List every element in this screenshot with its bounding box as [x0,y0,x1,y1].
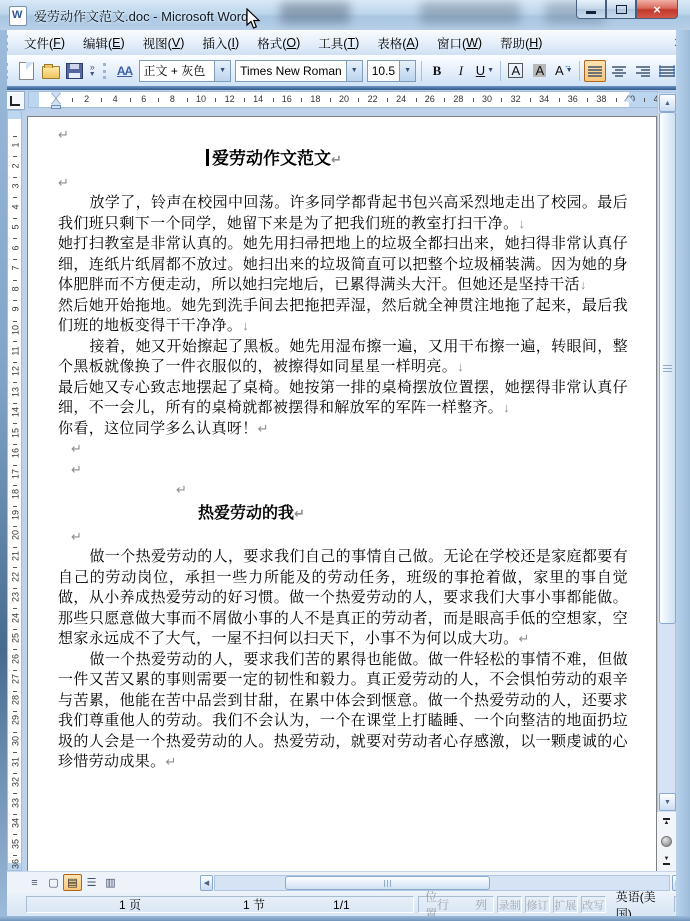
ruler-tick [13,485,17,486]
ruler-tick [13,197,17,198]
ruler-number: 7 [11,262,21,275]
character-shading-button[interactable]: A [529,60,551,82]
italic-icon: I [459,63,463,79]
paragraph-mark-line[interactable]: ↵ [58,527,628,548]
line-break-icon: ↓ [580,277,587,292]
ruler-number: 13 [11,385,21,398]
center-button[interactable] [608,60,630,82]
ruler-number: 4 [106,94,124,104]
style-combobox[interactable]: 正文 + 灰色 ▼ [139,60,232,82]
select-browse-object-button[interactable] [659,834,674,849]
ruler-number: 33 [11,796,21,809]
line-break-icon: ↓ [457,359,464,374]
scroll-down-button[interactable]: ▼ [659,793,676,811]
ruler-tick [13,629,17,630]
ruler-tick [13,567,17,568]
section-number: 1 节 [243,896,265,913]
document-content[interactable]: ↵爱劳动作文范文↵↵放学了，铃声在校园中回荡。许多同学都背起书包兴高采烈地走出了… [28,117,656,773]
ruler-tick [273,98,274,102]
ruler-tick [187,98,188,102]
ruler-tick [13,362,17,363]
ruler-number: 26 [11,652,21,665]
character-scaling-button[interactable]: A↔▼ [553,60,575,82]
horizontal-scrollbar-thumb[interactable] [285,876,490,890]
ruler-tick [13,465,17,466]
doc-paragraph-text: 做一个热爱劳动的人，要求我们自己的事情自己做。无论在学校还是家庭都要有自己的劳动… [58,548,628,647]
ruler-number: 22 [11,570,21,583]
style-value: 正文 + 灰色 [140,62,215,79]
paragraph-mark-line[interactable]: ↵ [58,173,628,194]
ruler-tick [387,98,388,102]
doc-paragraph-text: 做一个热爱劳动的人，要求我们苦的累得也能做。做一件轻松的事情不难，但做一件又苦又… [58,651,628,771]
menu-item-5[interactable]: 工具(T) [309,30,368,55]
ruler-number: 2 [78,94,96,104]
cursor-position-box: 位置 行 列 [418,896,494,913]
tab-stop-selector[interactable] [4,91,25,110]
ruler-number: 1 [11,139,21,152]
menu-item-7[interactable]: 窗口(W) [428,30,491,55]
chevron-down-icon[interactable]: ▼ [214,61,230,81]
new-document-icon [19,62,34,80]
ruler-number: 10 [11,323,21,336]
ruler-number: 14 [249,94,267,104]
extend-label: 扩展 [554,897,576,913]
doc-paragraph[interactable]: 做一个热爱劳动的人，要求我们苦的累得也能做。做一件轻松的事情不难，但做一件又苦又… [58,650,628,773]
line-label: 行 [437,896,449,913]
ruler-row: 24681012141618202224262830323436384042 [0,90,690,110]
word-window: W 爱劳动作文范文.doc - Microsoft Word × 文件(F)编辑… [0,0,690,921]
character-scaling-icon: A [555,63,564,78]
doc-title-text: 热爱劳动的我 [198,505,294,522]
ruler-number: 12 [11,365,21,378]
ruler-tick [13,649,17,650]
menu-item-1[interactable]: 编辑(E) [74,30,134,55]
ruler-tick [13,382,17,383]
print-layout-icon: ▤ [67,876,77,889]
paragraph-mark-line[interactable]: ↵ [58,480,628,501]
distribute-button[interactable] [656,60,678,82]
ruler-number: 5 [11,221,21,234]
close-icon: × [653,2,661,17]
character-border-icon: A [508,63,523,78]
horizontal-scrollbar[interactable] [214,875,670,891]
scroll-left-icon: ◀ [204,879,209,887]
doc-paragraph-text: 她打扫教室是非常认真的。她先用扫帚把地上的垃圾全都扫出来，她扫得非常认真仔细，连… [58,235,628,293]
ruler-tick [13,834,17,835]
line-break-icon: ↓ [242,318,249,333]
vertical-scrollbar[interactable]: ▲ ▼ [657,92,676,871]
new-document-button[interactable] [16,60,38,82]
extend-selection-toggle[interactable]: 扩展 [553,896,578,913]
ruler-number: 36 [11,858,21,871]
document-workspace: 1234567891011121314151617181920212223242… [0,110,690,871]
ruler-number: 25 [11,632,21,645]
ruler-tick [13,300,17,301]
chevron-down-icon[interactable]: ▼ [346,61,362,81]
open-folder-icon [42,66,60,79]
ruler-tick [13,280,17,281]
pilcrow-icon: ↵ [58,175,69,190]
ruler-tick [130,98,131,102]
bold-button[interactable]: B [426,60,448,82]
paragraph-mark-line[interactable]: ↵ [58,460,628,481]
browse-object-icon [661,836,672,847]
menu-item-8[interactable]: 帮助(H) [491,30,551,55]
aero-glass-reflection [420,2,520,24]
ruler-tick [13,403,17,404]
first-line-indent-marker[interactable] [51,92,61,98]
next-page-button[interactable]: ▼ [659,854,674,869]
menu-item-6[interactable]: 表格(A) [368,30,428,55]
font-value: Times New Roman [236,64,346,78]
word-document-icon: W [9,6,27,26]
pilcrow-icon: ↵ [71,441,82,456]
ruler-number: 11 [11,344,21,357]
ruler-number: 31 [11,755,21,768]
window-title: 爱劳动作文范文.doc - Microsoft Word [34,6,248,25]
ruler-tick [215,98,216,102]
track-changes-label: 修订 [527,897,549,913]
font-combobox[interactable]: Times New Roman ▼ [235,60,363,82]
pilcrow-icon: ↵ [165,754,176,769]
next-page-icon: ▼ [664,857,670,862]
ruler-tick [416,98,417,102]
reading-layout-icon: ▥ [105,876,115,889]
ruler-tick [13,423,17,424]
chevron-down-icon[interactable]: ▼ [399,61,415,81]
ruler-number: 6 [135,94,153,104]
ruler-number: 15 [11,426,21,439]
ruler-tick [13,691,17,692]
status-bar: 1 页 1 节 1/1 位置 行 列 录制 修订 扩展 改写 英语(美国) [0,893,690,916]
ruler-tick [13,136,17,137]
ruler-tick [330,98,331,102]
ruler-tick [501,98,502,102]
align-right-icon [636,65,650,77]
pilcrow-icon: ↵ [176,482,187,497]
ruler-tick [13,711,17,712]
ruler-number: 35 [11,837,21,850]
doc-paragraph[interactable]: 你看，这位同学多么认真呀！↵ [58,419,628,440]
ruler-tick [358,98,359,102]
window-controls: × [576,0,678,19]
ruler-number: 27 [11,673,21,686]
ruler-tick [616,98,617,102]
toolbar-separator [579,61,580,81]
ruler-tick [13,218,17,219]
ruler-tick [13,855,17,856]
pilcrow-icon: ↵ [258,421,269,436]
ruler-number: 9 [11,303,21,316]
justify-icon [588,65,602,77]
previous-page-button[interactable]: ▲ [659,814,674,829]
ruler-number: 18 [306,94,324,104]
language-indicator[interactable]: 英语(美国) [611,896,672,913]
window-border-bottom [0,916,690,921]
ruler-number: 3 [11,180,21,193]
ruler-tick [13,588,17,589]
ruler-number: 28 [11,693,21,706]
ruler-number: 14 [11,406,21,419]
pilcrow-icon: ↵ [71,462,82,477]
styles-formatting-button[interactable]: AA [114,60,136,82]
standard-toolbar-overflow-button[interactable]: » ▼ [87,59,98,83]
horizontal-ruler[interactable]: 24681012141618202224262830323436384042 [28,91,658,108]
ruler-tick [587,98,588,102]
doc-paragraph-text: 最后她又专心致志地摆起了桌椅。她按第一排的桌椅摆放位置摆，她摆得非常认真仔细，不… [58,379,628,417]
menu-item-2[interactable]: 视图(V) [134,30,194,55]
previous-page-icon: ▲ [664,821,670,826]
menu-item-3[interactable]: 插入(I) [193,30,248,55]
ruler-tick [13,670,17,671]
ruler-tick [13,773,17,774]
aero-glass-reflection [280,2,350,24]
ruler-tick [13,444,17,445]
character-shading-icon: A [533,64,546,77]
distribute-icon [659,65,675,77]
doc-title[interactable]: 爱劳动作文范文↵ [58,146,628,173]
italic-button[interactable]: I [450,60,472,82]
ruler-number: 22 [364,94,382,104]
ruler-number: 30 [478,94,496,104]
ruler-number: 23 [11,591,21,604]
thumb-grip-icon [663,365,672,372]
ruler-tick [444,98,445,102]
doc-paragraph-text: 放学了，铃声在校园中回荡。许多同学都背起书包兴高采烈地走出了校园。最后我们班只剩… [58,194,628,232]
pilcrow-icon: ↵ [58,127,69,142]
minimize-icon [586,11,596,14]
underline-button[interactable]: U▼ [474,60,496,82]
ruler-number: 20 [11,529,21,542]
mouse-cursor [246,8,262,30]
ruler-number: 26 [421,94,439,104]
chevron-down-icon[interactable]: ▼ [487,67,494,74]
ruler-tick [13,608,17,609]
close-button[interactable]: × [636,0,678,19]
ruler-tick [13,547,17,548]
ruler-number: 12 [221,94,239,104]
document-page[interactable]: ↵爱劳动作文范文↵↵放学了，铃声在校园中回荡。许多同学都背起书包兴高采烈地走出了… [27,116,657,871]
ruler-number: 20 [335,94,353,104]
scaling-arrows-icon: ↔ [564,62,572,70]
bottom-scroll-strip: ≡ ▢ ▤ ☰ ▥ ◀ ▶ [0,871,690,894]
text-cursor [206,149,209,166]
ruler-number: 29 [11,714,21,727]
web-layout-icon: ▢ [48,876,58,889]
ruler-tick [13,341,17,342]
ruler-tick [72,98,73,102]
vertical-ruler[interactable]: 1234567891011121314151617181920212223242… [7,110,22,871]
ruler-tick [101,98,102,102]
doc-paragraph-text: 然后她开始拖地。她先到洗手间去把拖把弄湿，然后就全神贯注地拖了起来，最后我们班的… [58,297,628,335]
ruler-number: 17 [11,467,21,480]
doc-paragraph[interactable]: 放学了，铃声在校园中回荡。许多同学都背起书包兴高采烈地走出了校园。最后我们班只剩… [58,193,628,234]
toolbar-separator [500,61,501,81]
doc-title-text: 爱劳动作文范文 [212,149,331,168]
overtype-label: 改写 [582,897,604,913]
scroll-left-button[interactable]: ◀ [200,875,213,891]
ruler-tick [13,814,17,815]
ruler-number: 34 [535,94,553,104]
ruler-number: 32 [11,776,21,789]
toolbar: » ▼ AA 正文 + 灰色 ▼ Times New Roman ▼ 10.5 … [0,55,690,86]
doc-paragraph-text: 你看，这位同学多么认真呀！ [58,420,258,437]
doc-paragraph[interactable]: 接着，她又开始擦起了黑板。她先用湿布擦一遍，又用干布擦一遍，转眼间，整个黑板就像… [58,337,628,378]
menu-item-4[interactable]: 格式(O) [248,30,309,55]
ruler-number: 18 [11,488,21,501]
page-number: 1 页 [119,896,141,913]
align-right-button[interactable] [632,60,654,82]
ruler-number: 24 [392,94,410,104]
pilcrow-icon: ↵ [71,529,82,544]
center-icon [612,65,626,77]
ruler-number: 19 [11,508,21,521]
ruler-tick [13,321,17,322]
web-layout-view-button[interactable]: ▢ [44,874,63,891]
view-buttons: ≡ ▢ ▤ ☰ ▥ [25,874,120,891]
ruler-tick [13,177,17,178]
record-macro-toggle[interactable]: 录制 [497,896,522,913]
pilcrow-icon: ↵ [294,506,305,521]
page-bar-icon [663,863,670,865]
left-indent-marker[interactable] [51,105,61,109]
ruler-tick [13,156,17,157]
ruler-number: 4 [11,200,21,213]
thumb-grip-icon [384,880,393,887]
justify-button[interactable] [584,60,606,82]
menu-items: 文件(F)编辑(E)视图(V)插入(I)格式(O)工具(T)表格(A)窗口(W)… [15,30,551,55]
normal-view-button[interactable]: ≡ [25,874,44,891]
ruler-number: 6 [11,241,21,254]
ruler-number: 16 [278,94,296,104]
doc-paragraph-text: 接着，她又开始擦起了黑板。她先用湿布擦一遍，又用干布擦一遍，转眼间，整个黑板就像… [58,338,628,376]
doc-title[interactable]: 热爱劳动的我↵ [58,501,628,527]
doc-paragraph[interactable]: 然后她开始拖地。她先到洗手间去把拖把弄湿，然后就全神贯注地拖了起来，最后我们班的… [58,296,628,337]
column-label: 列 [475,896,487,913]
paragraph-mark-line[interactable]: ↵ [58,439,628,460]
overflow-chevron-icon: » [90,63,95,71]
ruler-tick [13,526,17,527]
reading-layout-view-button[interactable]: ▥ [101,874,120,891]
ruler-number: 8 [163,94,181,104]
toolbar-separator [421,61,422,81]
overtype-toggle[interactable]: 改写 [581,896,606,913]
ruler-tick [13,732,17,733]
ruler-tick [13,238,17,239]
ruler-number: 10 [192,94,210,104]
line-break-icon: ↓ [503,400,510,415]
pilcrow-icon: ↵ [519,631,530,646]
bold-icon: B [433,63,442,79]
scroll-down-icon: ▼ [664,799,671,806]
save-button[interactable] [64,60,86,82]
line-break-icon: ↓ [519,216,526,231]
ruler-tick [530,98,531,102]
normal-view-icon: ≡ [31,877,37,889]
open-button[interactable] [40,60,62,82]
ruler-number: 32 [507,94,525,104]
ruler-number: 16 [11,447,21,460]
ruler-number: 30 [11,734,21,747]
dropdown-arrow-icon: ▼ [89,71,96,78]
ruler-number: 24 [11,611,21,624]
left-tab-icon [10,96,20,106]
ruler-tick [13,793,17,794]
doc-paragraph[interactable]: 做一个热爱劳动的人，要求我们自己的事情自己做。无论在学校还是家庭都要有自己的劳动… [58,547,628,650]
scroll-up-icon: ▲ [664,100,671,107]
right-indent-marker[interactable] [624,96,634,102]
outline-view-button[interactable]: ☰ [82,874,101,891]
ruler-tick [13,506,17,507]
ruler-number: 28 [449,94,467,104]
pilcrow-icon: ↵ [331,152,342,167]
title-bar[interactable]: W 爱劳动作文范文.doc - Microsoft Word × [0,0,690,31]
maximize-button[interactable] [606,0,636,19]
window-border-left [0,30,7,916]
underline-icon: U [476,63,485,78]
ruler-tick [13,752,17,753]
browse-object-controls: ▲ ▼ [657,812,676,871]
window-border-right [676,30,690,916]
menu-bar: 文件(F)编辑(E)视图(V)插入(I)格式(O)工具(T)表格(A)窗口(W)… [0,30,690,56]
vertical-scrollbar-thumb[interactable] [659,112,676,624]
maximize-icon [616,5,627,14]
ruler-number: 21 [11,550,21,563]
font-size-value: 10.5 [368,64,399,78]
ruler-tick [244,98,245,102]
ruler-number: 36 [564,94,582,104]
ruler-number: 2 [11,159,21,172]
font-size-combobox[interactable]: 10.5 ▼ [367,60,416,82]
ruler-tick [559,98,560,102]
scroll-up-button[interactable]: ▲ [659,94,676,112]
menu-item-0[interactable]: 文件(F) [15,30,74,55]
record-label: 录制 [499,897,521,913]
page-status-box: 1 页 1 节 1/1 [26,896,414,913]
ruler-tick [644,98,645,102]
outline-view-icon: ☰ [87,876,97,889]
paragraph-mark-line[interactable]: ↵ [58,125,628,146]
doc-paragraph[interactable]: 最后她又专心致志地摆起了桌椅。她按第一排的桌椅摆放位置摆，她摆得非常认真仔细，不… [58,378,628,419]
doc-paragraph[interactable]: 她打扫教室是非常认真的。她先用扫帚把地上的垃圾全都扫出来，她扫得非常认真仔细，连… [58,234,628,296]
page-ratio: 1/1 [333,898,350,912]
toolbar-grip[interactable] [103,63,109,79]
character-border-button[interactable]: A [505,60,527,82]
save-floppy-icon [66,63,83,79]
print-layout-view-button[interactable]: ▤ [63,874,82,891]
styles-formatting-icon: AA [117,64,132,78]
ruler-tick [13,259,17,260]
ruler-number: 34 [11,817,21,830]
ruler-tick [301,98,302,102]
ruler-number: 38 [592,94,610,104]
ruler-tick [473,98,474,102]
ruler-tick [158,98,159,102]
track-changes-toggle[interactable]: 修订 [525,896,550,913]
ruler-number: 8 [11,282,21,295]
minimize-button[interactable] [576,0,606,19]
